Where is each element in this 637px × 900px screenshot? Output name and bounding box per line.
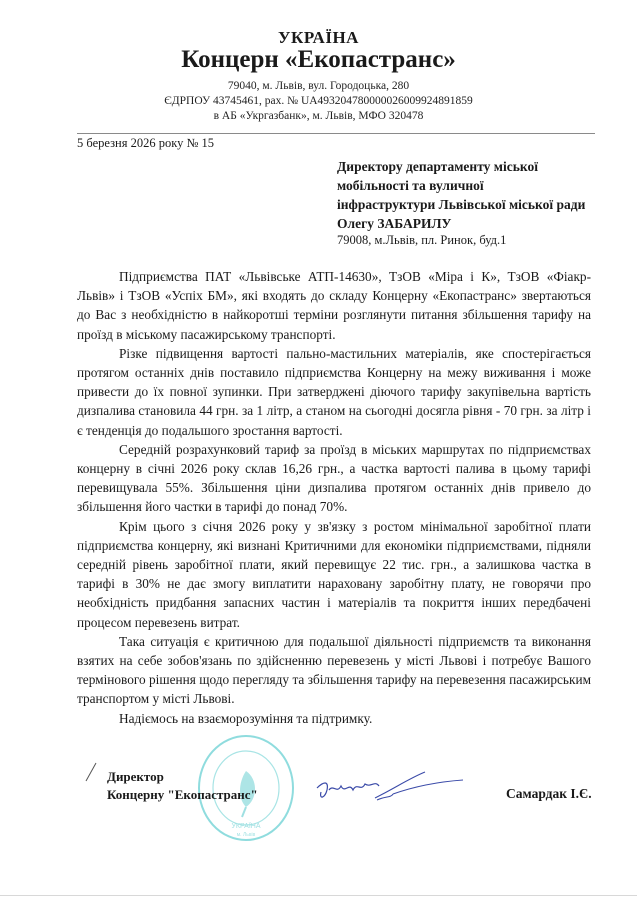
signatory-name: Самардак І.Є.	[506, 786, 592, 802]
body-paragraph: Різке підвищення вартості пально-мастиль…	[77, 344, 591, 440]
document-date-number: 5 березня 2026 року № 15	[77, 136, 214, 151]
addressee-address: 79008, м.Львів, пл. Ринок, буд.1	[337, 233, 506, 248]
svg-text:УКРАЇНА: УКРАЇНА	[231, 822, 260, 830]
body-paragraph: Підприємства ПАТ «Львівське АТП-14630», …	[77, 267, 591, 344]
addressee-line: Директору департаменту міської	[337, 157, 617, 176]
signatory-title: Директор Концерну "Екопастранс"	[107, 768, 258, 804]
letter-body: Підприємства ПАТ «Львівське АТП-14630», …	[77, 267, 591, 728]
page-bottom-edge	[0, 895, 637, 896]
signatory-title-line: Директор	[107, 768, 258, 786]
letterhead-registration: ЄДРПОУ 43745461, рах. № UA49320478000002…	[0, 95, 637, 107]
header-divider	[77, 133, 595, 134]
addressee-block: Директору департаменту міської мобільнос…	[337, 157, 617, 233]
body-paragraph: Крім цього з січня 2026 року у зв'язку з…	[77, 517, 591, 632]
letterhead-company-name: Концерн «Екопастранс»	[0, 46, 637, 74]
letter-page: УКРАЇНА Концерн «Екопастранс» 79040, м. …	[0, 0, 637, 900]
approval-tick-mark	[84, 762, 98, 782]
letterhead-country: УКРАЇНА	[0, 28, 637, 48]
body-paragraph: Середній розрахунковий тариф за проїзд в…	[77, 440, 591, 517]
letterhead-address: 79040, м. Львів, вул. Городоцька, 280	[0, 80, 637, 92]
body-paragraph: Така ситуація є критичною для подальшої …	[77, 632, 591, 709]
handwritten-signature-icon	[315, 768, 465, 813]
letterhead-bank: в АБ «Укргазбанк», м. Львів, МФО 320478	[0, 110, 637, 122]
addressee-line: інфраструктури Львівської міської ради	[337, 195, 617, 214]
addressee-line: мобільності та вуличної	[337, 176, 617, 195]
svg-text:м. Львів: м. Львів	[237, 832, 256, 838]
body-paragraph: Надіємось на взаєморозуміння та підтримк…	[77, 709, 591, 728]
addressee-line: Олегу ЗАБАРИЛУ	[337, 214, 617, 233]
signatory-title-line: Концерну "Екопастранс"	[107, 786, 258, 804]
